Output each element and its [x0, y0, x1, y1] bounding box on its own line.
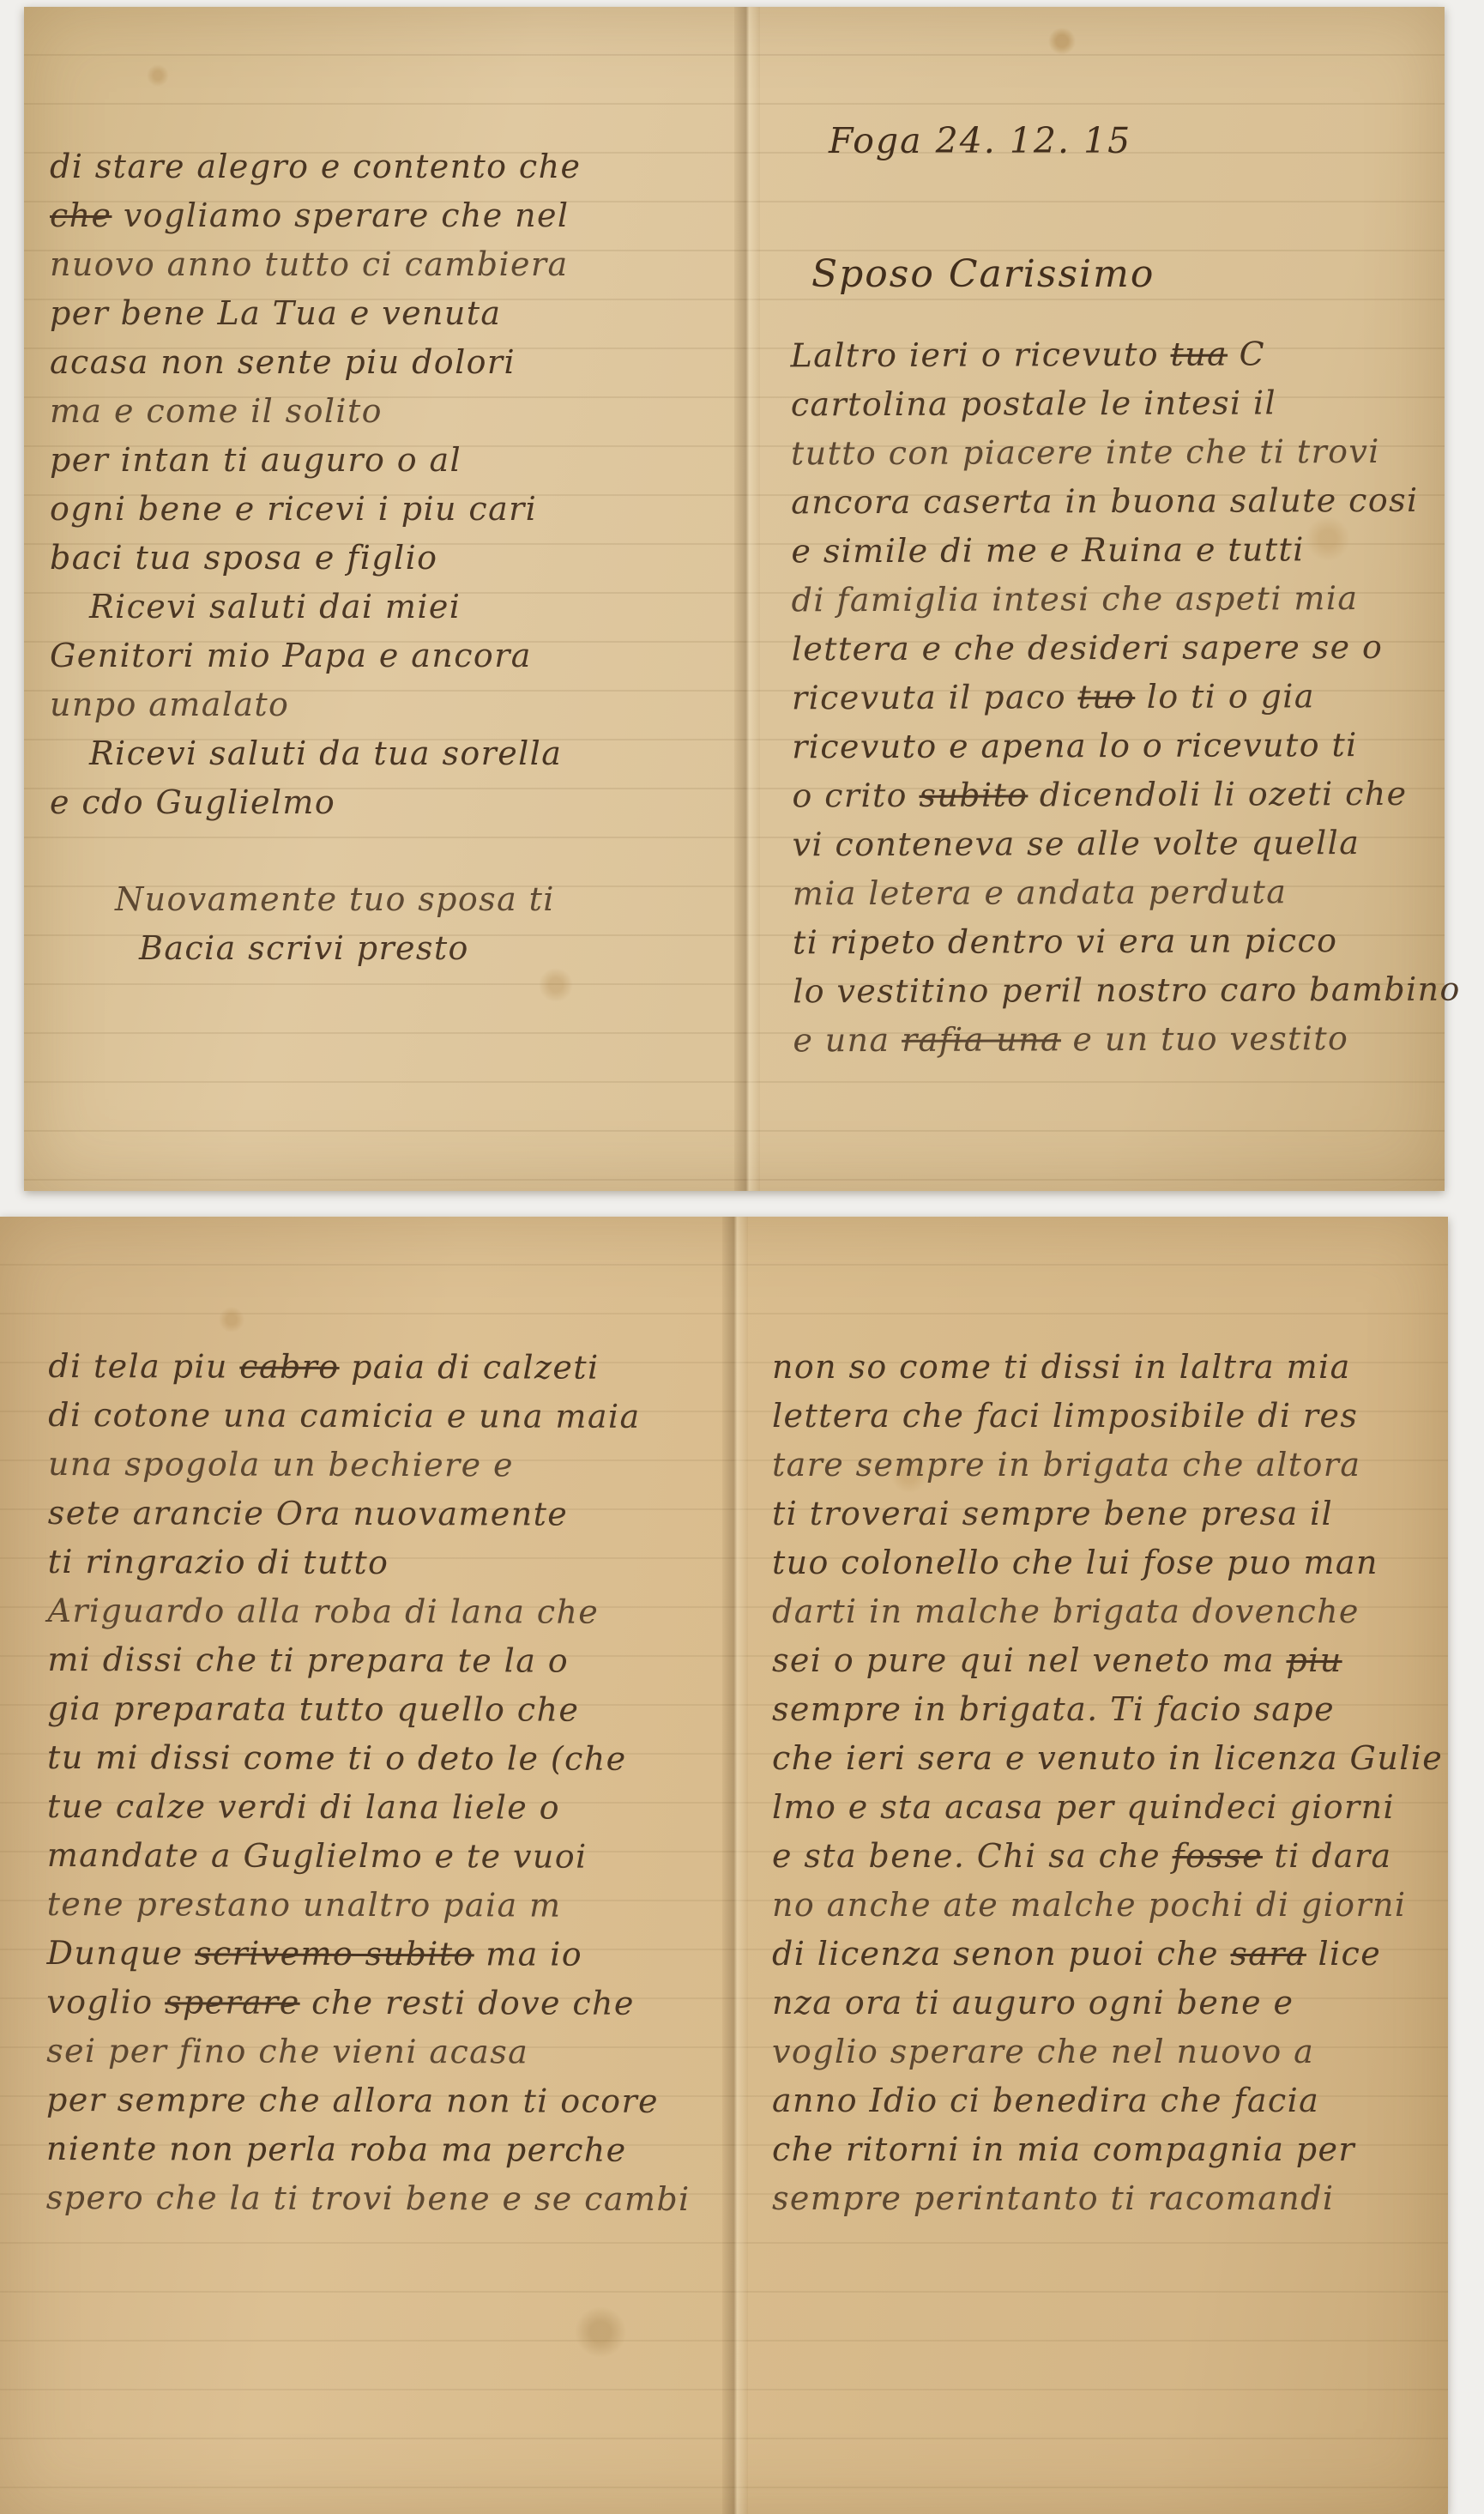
struck-word: fosse [1173, 1837, 1263, 1875]
handwriting-line: nuovo anno tutto ci cambiera [50, 240, 581, 289]
handwriting-line: ti troverai sempre bene presa il [772, 1490, 1443, 1538]
handwriting-line: niente non perla roba ma perche [46, 2124, 691, 2175]
handwriting-line: ma e come il solito [50, 387, 581, 436]
struck-word: subito [919, 776, 1028, 813]
handwriting-line: di stare alegro e contento che [50, 142, 581, 191]
handwriting-line: di cotone una camicia e una maia [48, 1391, 692, 1441]
handwriting-line: per intan ti auguro o al [50, 436, 581, 485]
handwriting-line: Dunque scrivemo subito ma io [46, 1929, 691, 1979]
struck-word: scrivemo subito [195, 1934, 474, 1973]
handwriting-line: e sta bene. Chi sa che fosse ti dara [772, 1832, 1443, 1881]
handwriting-line: ricevuta il paco tuo lo ti o gia [792, 672, 1460, 723]
handwriting-line: Bacia scrivi presto [50, 924, 581, 973]
handwriting-line: o crito subito dicendoli li ozeti che [792, 770, 1460, 821]
handwriting-line: sempre in brigata. Ti facio sape [772, 1685, 1443, 1734]
handwriting-line: e una rafia una e un tuo vestito [793, 1014, 1461, 1066]
handwriting-line: tuo colonello che lui fose puo man [772, 1538, 1443, 1587]
handwriting-line: tu mi dissi come ti o deto le (che [47, 1733, 691, 1784]
handwriting-line: Laltro ieri o ricevuto tua C [791, 329, 1459, 381]
handwriting-line: mi dissi che ti prepara te la o [47, 1635, 691, 1686]
handwriting-line: che vogliamo sperare che nel [50, 191, 581, 240]
handwriting-line: e simile di me e Ruina e tutti [791, 525, 1459, 577]
handwriting-line: che ieri sera e venuto in licenza Gulie [772, 1734, 1443, 1783]
letter-sheet-top: di stare alegro e contento cheche voglia… [24, 7, 1445, 1191]
handwriting-line: nza ora ti auguro ogni bene e [772, 1979, 1443, 2028]
page-bottom-left: di tela piu cabro paia di calzetidi coto… [46, 1342, 693, 2224]
handwriting-line: ti ripeto dentro vi era un picco [793, 916, 1461, 968]
date-line: Foga 24. 12. 15 [829, 120, 1131, 161]
handwriting-line: Nuovamente tuo sposa ti [50, 875, 581, 924]
handwriting-line: lmo e sta acasa per quindeci giorni [772, 1783, 1443, 1832]
handwriting-line: sete arancie Ora nuovamente [48, 1489, 692, 1539]
page-top-right: Laltro ieri o ricevuto tua Ccartolina po… [791, 329, 1462, 1066]
struck-word: tua [1170, 335, 1228, 373]
struck-word: rafia una [902, 1020, 1061, 1059]
handwriting-line: e cdo Guglielmo [50, 778, 581, 827]
struck-word: tuo [1077, 678, 1135, 716]
handwriting-line: non so come ti dissi in laltra mia [772, 1343, 1443, 1392]
handwriting-line: ancora caserta in buona salute cosi [791, 476, 1459, 528]
handwriting-line: mia letera e andata perduta [793, 867, 1461, 919]
page-top-left: di stare alegro e contento cheche voglia… [50, 142, 581, 973]
handwriting-line: Ariguardo alla roba di lana che [47, 1586, 691, 1637]
handwriting-line: Genitori mio Papa e ancora [50, 632, 581, 680]
handwriting-line: baci tua sposa e figlio [50, 534, 581, 583]
handwriting-line: di famiglia intesi che aspeti mia [792, 574, 1460, 625]
fold-crease [722, 1217, 748, 2514]
handwriting-line: sei o pure qui nel veneto ma piu [772, 1636, 1443, 1685]
page-bottom-right: non so come ti dissi in laltra mialetter… [772, 1343, 1443, 2223]
handwriting-line: ogni bene e ricevi i piu cari [50, 485, 581, 534]
handwriting-line: di licenza senon puoi che sara lice [772, 1930, 1443, 1979]
handwriting-line: acasa non sente piu dolori [50, 338, 581, 387]
struck-word: cabro [239, 1348, 339, 1386]
letter-sheet-bottom: di tela piu cabro paia di calzetidi coto… [0, 1217, 1448, 2514]
handwriting-line: unpo amalato [50, 680, 581, 729]
handwriting-line: lo vestitino peril nostro caro bambino [793, 965, 1461, 1017]
handwriting-line: lettera e che desideri sapere se o [792, 623, 1460, 674]
handwriting-line: ricevuto e apena lo o ricevuto ti [792, 721, 1460, 772]
handwriting-line: di tela piu cabro paia di calzeti [48, 1342, 692, 1393]
handwriting-line: tare sempre in brigata che altora [772, 1441, 1443, 1490]
handwriting-line: una spogola un bechiere e [48, 1440, 692, 1490]
handwriting-line: voglio sperare che resti dove che [46, 1978, 691, 2028]
struck-word: sara [1230, 1935, 1306, 1973]
handwriting-line: ti ringrazio di tutto [48, 1538, 692, 1588]
handwriting-line: tutto con piacere inte che ti trovi [791, 427, 1459, 479]
handwriting-line: tene prestano unaltro paia m [47, 1880, 691, 1931]
fold-crease [734, 7, 760, 1191]
struck-word: piu [1286, 1641, 1342, 1679]
handwriting-line: per sempre che allora non ti ocore [46, 2076, 691, 2126]
handwriting-line: sempre perintanto ti racomandi [772, 2174, 1443, 2223]
handwriting-line: darti in malche brigata dovenche [772, 1587, 1443, 1636]
letter-scan: di stare alegro e contento cheche voglia… [0, 0, 1484, 2514]
handwriting-line: gia preparata tutto quello che [47, 1684, 691, 1735]
struck-word: che [50, 196, 112, 234]
handwriting-line: per bene La Tua e venuta [50, 289, 581, 338]
handwriting-line: sei per fino che vieni acasa [46, 2027, 691, 2077]
handwriting-line: che ritorni in mia compagnia per [772, 2125, 1443, 2174]
struck-word: sperare [165, 1983, 300, 2021]
handwriting-line: Ricevi saluti da tua sorella [50, 729, 581, 778]
handwriting-line: mandate a Guglielmo e te vuoi [47, 1831, 691, 1882]
handwriting-line: lettera che faci limposibile di res [772, 1392, 1443, 1441]
handwriting-line: cartolina postale le intesi il [791, 378, 1459, 430]
handwriting-line: vi conteneva se alle volte quella [792, 819, 1460, 870]
handwriting-line: tue calze verdi di lana liele o [47, 1782, 691, 1833]
handwriting-line: no anche ate malche pochi di giorni [772, 1881, 1443, 1930]
handwriting-line: voglio sperare che nel nuovo a [772, 2028, 1443, 2076]
salutation: Sposo Carissimo [811, 252, 1155, 296]
handwriting-line: spero che la ti trovi bene e se cambi [46, 2173, 691, 2224]
handwriting-line: anno Idio ci benedira che facia [772, 2076, 1443, 2125]
handwriting-line: Ricevi saluti dai miei [50, 583, 581, 632]
